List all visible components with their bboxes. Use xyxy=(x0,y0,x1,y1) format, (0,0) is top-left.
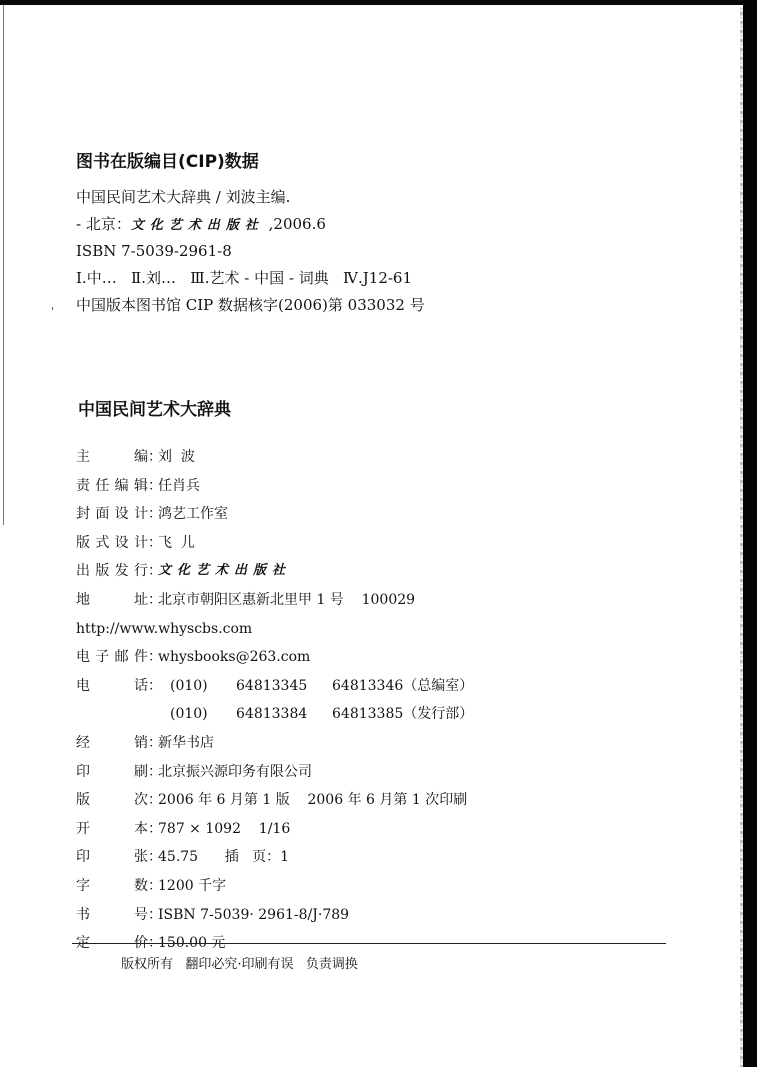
label-sheets: 印张 xyxy=(76,843,148,872)
value-responsible-editor: 任肖兵 xyxy=(158,472,200,501)
scan-right-border xyxy=(743,0,757,1067)
value-layout-design: 飞 儿 xyxy=(158,529,195,558)
colon: ： xyxy=(148,872,158,901)
label-word-count: 字数 xyxy=(76,872,148,901)
label-char: 电 xyxy=(76,672,90,701)
label-char: 电 xyxy=(76,643,90,672)
phone-number-dept: 64813346（总编室） xyxy=(332,678,473,694)
label-char: 面 xyxy=(95,500,109,529)
label-char: 号 xyxy=(134,901,148,930)
value-cover-design: 鸿艺工作室 xyxy=(158,500,228,529)
label-char: 刷 xyxy=(134,758,148,787)
colon: ： xyxy=(148,758,158,787)
row-layout-design: 版式设计 ： 飞 儿 xyxy=(76,529,473,558)
label-char: 任 xyxy=(95,472,109,501)
label-char: 发 xyxy=(115,557,129,586)
label-char: 行 xyxy=(134,557,148,586)
value-book-number: ISBN 7-5039· 2961-8/J·789 xyxy=(158,901,349,930)
label-char: 经 xyxy=(76,729,90,758)
value-sheets: 45.75 插 页：1 xyxy=(158,843,289,872)
label-char: 印 xyxy=(76,843,90,872)
publisher-calligraphy-logo: 文化艺术出版社 xyxy=(158,557,291,586)
row-edition: 版次 ： 2006 年 6 月第 1 版 2006 年 6 月第 1 次印刷 xyxy=(76,786,473,815)
value-edition: 2006 年 6 月第 1 版 2006 年 6 月第 1 次印刷 xyxy=(158,786,467,815)
cip-data-block: 图书在版编目(CIP)数据 中国民间艺术大辞典 / 刘波主编. - 北京：文化艺… xyxy=(76,150,425,319)
colon: ： xyxy=(148,672,170,701)
row-printer: 印刷 ： 北京振兴源印务有限公司 xyxy=(76,758,473,787)
label-char: 地 xyxy=(76,586,90,615)
label-empty xyxy=(76,700,148,729)
label-printer: 印刷 xyxy=(76,758,148,787)
label-char: 版 xyxy=(76,529,90,558)
label-char: 销 xyxy=(134,729,148,758)
row-email: 电子邮件 ： whysbooks@263.com xyxy=(76,643,473,672)
label-char: 本 xyxy=(134,815,148,844)
row-sheets: 印张 ： 45.75 插 页：1 xyxy=(76,843,473,872)
label-layout-design: 版式设计 xyxy=(76,529,148,558)
value-address: 北京市朝阳区惠新北里甲 1 号 100029 xyxy=(158,586,415,615)
label-char: 出 xyxy=(76,557,90,586)
label-char: 设 xyxy=(115,500,129,529)
value-phone-1: (010)6481334564813346（总编室） xyxy=(170,672,473,701)
phone-area-code: (010) xyxy=(170,672,236,701)
row-website: http://www.whyscbs.com xyxy=(76,615,473,644)
row-distributor: 经销 ： 新华书店 xyxy=(76,729,473,758)
label-chief-editor: 主编 xyxy=(76,443,148,472)
label-char: 邮 xyxy=(115,643,129,672)
scan-top-border xyxy=(0,0,757,5)
copyright-notice: 版权所有 翻印必究·印刷有误 负责调换 xyxy=(121,955,358,975)
row-responsible-editor: 责任编辑 ： 任肖兵 xyxy=(76,472,473,501)
row-format: 开本 ： 787 × 1092 1/16 xyxy=(76,815,473,844)
cip-isbn-line: ISBN 7-5039-2961-8 xyxy=(76,238,425,265)
label-char: 设 xyxy=(115,529,129,558)
cip-pub-date: ,2006.6 xyxy=(264,215,326,233)
row-book-number: 书号 ： ISBN 7-5039· 2961-8/J·789 xyxy=(76,901,473,930)
label-email: 电子邮件 xyxy=(76,643,148,672)
label-char: 主 xyxy=(76,443,90,472)
book-title: 中国民间艺术大辞典 xyxy=(78,398,231,422)
value-word-count: 1200 千字 xyxy=(158,872,226,901)
value-chief-editor: 刘 波 xyxy=(158,443,195,472)
label-char: 责 xyxy=(76,472,90,501)
label-edition: 版次 xyxy=(76,786,148,815)
horizontal-rule-divider xyxy=(72,943,666,944)
phone-number: 64813345 xyxy=(236,672,332,701)
label-char: 编 xyxy=(134,443,148,472)
colon: ： xyxy=(148,472,158,501)
row-chief-editor: 主编 ： 刘 波 xyxy=(76,443,473,472)
label-char: 书 xyxy=(76,901,90,930)
value-printer: 北京振兴源印务有限公司 xyxy=(158,758,312,787)
cip-classification-line: Ⅰ.中… Ⅱ.刘… Ⅲ.艺术 - 中国 - 词典 Ⅳ.J12-61 xyxy=(76,265,425,292)
label-distributor: 经销 xyxy=(76,729,148,758)
colon-spacer xyxy=(148,700,170,729)
publisher-calligraphy-logo: 文化艺术出版社 xyxy=(131,218,264,233)
colon: ： xyxy=(148,729,158,758)
label-char: 计 xyxy=(134,500,148,529)
row-publisher: 出版发行 ： 文化艺术出版社 xyxy=(76,557,473,586)
label-char: 话 xyxy=(134,672,148,701)
cip-title: 图书在版编目(CIP)数据 xyxy=(76,150,425,174)
phone-number: 64813384 xyxy=(236,700,332,729)
scan-left-edge-line xyxy=(3,5,4,525)
label-char: 址 xyxy=(134,586,148,615)
label-publisher: 出版发行 xyxy=(76,557,148,586)
label-char: 编 xyxy=(115,472,129,501)
cip-publisher-line: - 北京：文化艺术出版社 ,2006.6 xyxy=(76,211,425,238)
website-url: http://www.whyscbs.com xyxy=(76,615,252,644)
value-distributor: 新华书店 xyxy=(158,729,214,758)
label-char: 字 xyxy=(76,872,90,901)
row-phone-1: 电话 ： (010)6481334564813346（总编室） xyxy=(76,672,473,701)
label-phone: 电话 xyxy=(76,672,148,701)
colon: ： xyxy=(148,901,158,930)
label-char: 件 xyxy=(134,643,148,672)
colon: ： xyxy=(148,529,158,558)
value-email: whysbooks@263.com xyxy=(158,643,310,672)
colon: ： xyxy=(148,643,158,672)
colon: ： xyxy=(148,815,158,844)
label-char: 封 xyxy=(76,500,90,529)
cip-place: - 北京： xyxy=(76,215,131,233)
phone-area-code: (010) xyxy=(170,700,236,729)
label-char: 张 xyxy=(134,843,148,872)
label-char: 次 xyxy=(134,786,148,815)
colon: ： xyxy=(148,557,158,586)
label-format: 开本 xyxy=(76,815,148,844)
cip-record-number-line: 中国版本图书馆 CIP 数据核字(2006)第 033032 号 xyxy=(76,292,425,319)
label-char: 数 xyxy=(134,872,148,901)
colon: ： xyxy=(148,843,158,872)
stray-scan-mark: ' xyxy=(51,305,54,318)
label-responsible-editor: 责任编辑 xyxy=(76,472,148,501)
row-word-count: 字数 ： 1200 千字 xyxy=(76,872,473,901)
label-char: 式 xyxy=(95,529,109,558)
colon: ： xyxy=(148,786,158,815)
colon: ： xyxy=(148,586,158,615)
colon: ： xyxy=(148,443,158,472)
label-char: 版 xyxy=(76,786,90,815)
label-char: 计 xyxy=(134,529,148,558)
label-address: 地址 xyxy=(76,586,148,615)
label-book-number: 书号 xyxy=(76,901,148,930)
phone-number-dept: 64813385（发行部） xyxy=(332,706,473,722)
colophon-block: 主编 ： 刘 波 责任编辑 ： 任肖兵 封面设计 ： 鸿艺工作室 版式设计 ： … xyxy=(76,443,473,958)
label-char: 辑 xyxy=(134,472,148,501)
cip-book-line: 中国民间艺术大辞典 / 刘波主编. xyxy=(76,184,425,211)
label-char: 子 xyxy=(95,643,109,672)
row-phone-2: (010)6481338464813385（发行部） xyxy=(76,700,473,729)
label-cover-design: 封面设计 xyxy=(76,500,148,529)
label-char: 版 xyxy=(95,557,109,586)
label-char: 开 xyxy=(76,815,90,844)
value-format: 787 × 1092 1/16 xyxy=(158,815,290,844)
label-char: 印 xyxy=(76,758,90,787)
colon: ： xyxy=(148,500,158,529)
value-phone-2: (010)6481338464813385（发行部） xyxy=(170,700,473,729)
row-cover-design: 封面设计 ： 鸿艺工作室 xyxy=(76,500,473,529)
row-address: 地址 ： 北京市朝阳区惠新北里甲 1 号 100029 xyxy=(76,586,473,615)
